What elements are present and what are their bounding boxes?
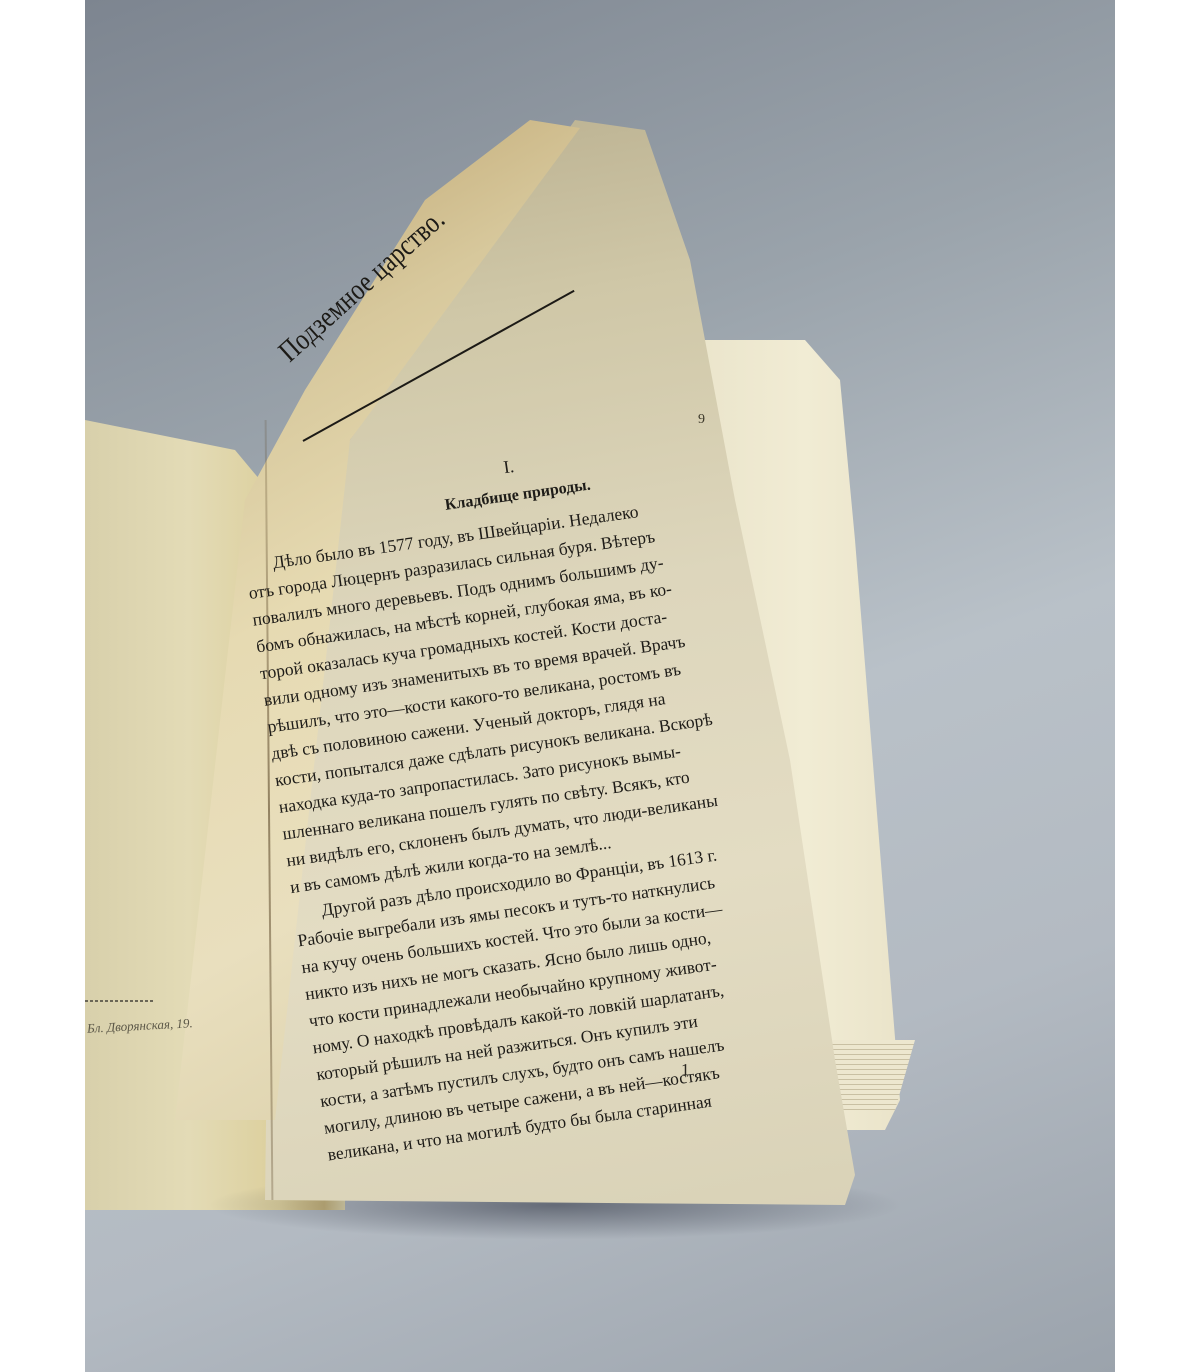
back-page-number: 9 (698, 412, 705, 428)
printer-imprint: Бл. Дворянская, 19. (87, 1015, 193, 1037)
imprint-rule (85, 1000, 155, 1002)
book-title: Подземное царство. (272, 202, 452, 369)
page-number: 1 (681, 1060, 690, 1080)
photo-background: 9 Подземное царство. I. Кладбище природы… (85, 0, 1115, 1372)
page-text-layer: 9 Подземное царство. I. Кладбище природы… (85, 0, 1115, 1372)
page-body: I. Кладбище природы. Дѣло было въ 1577 г… (235, 423, 845, 1169)
